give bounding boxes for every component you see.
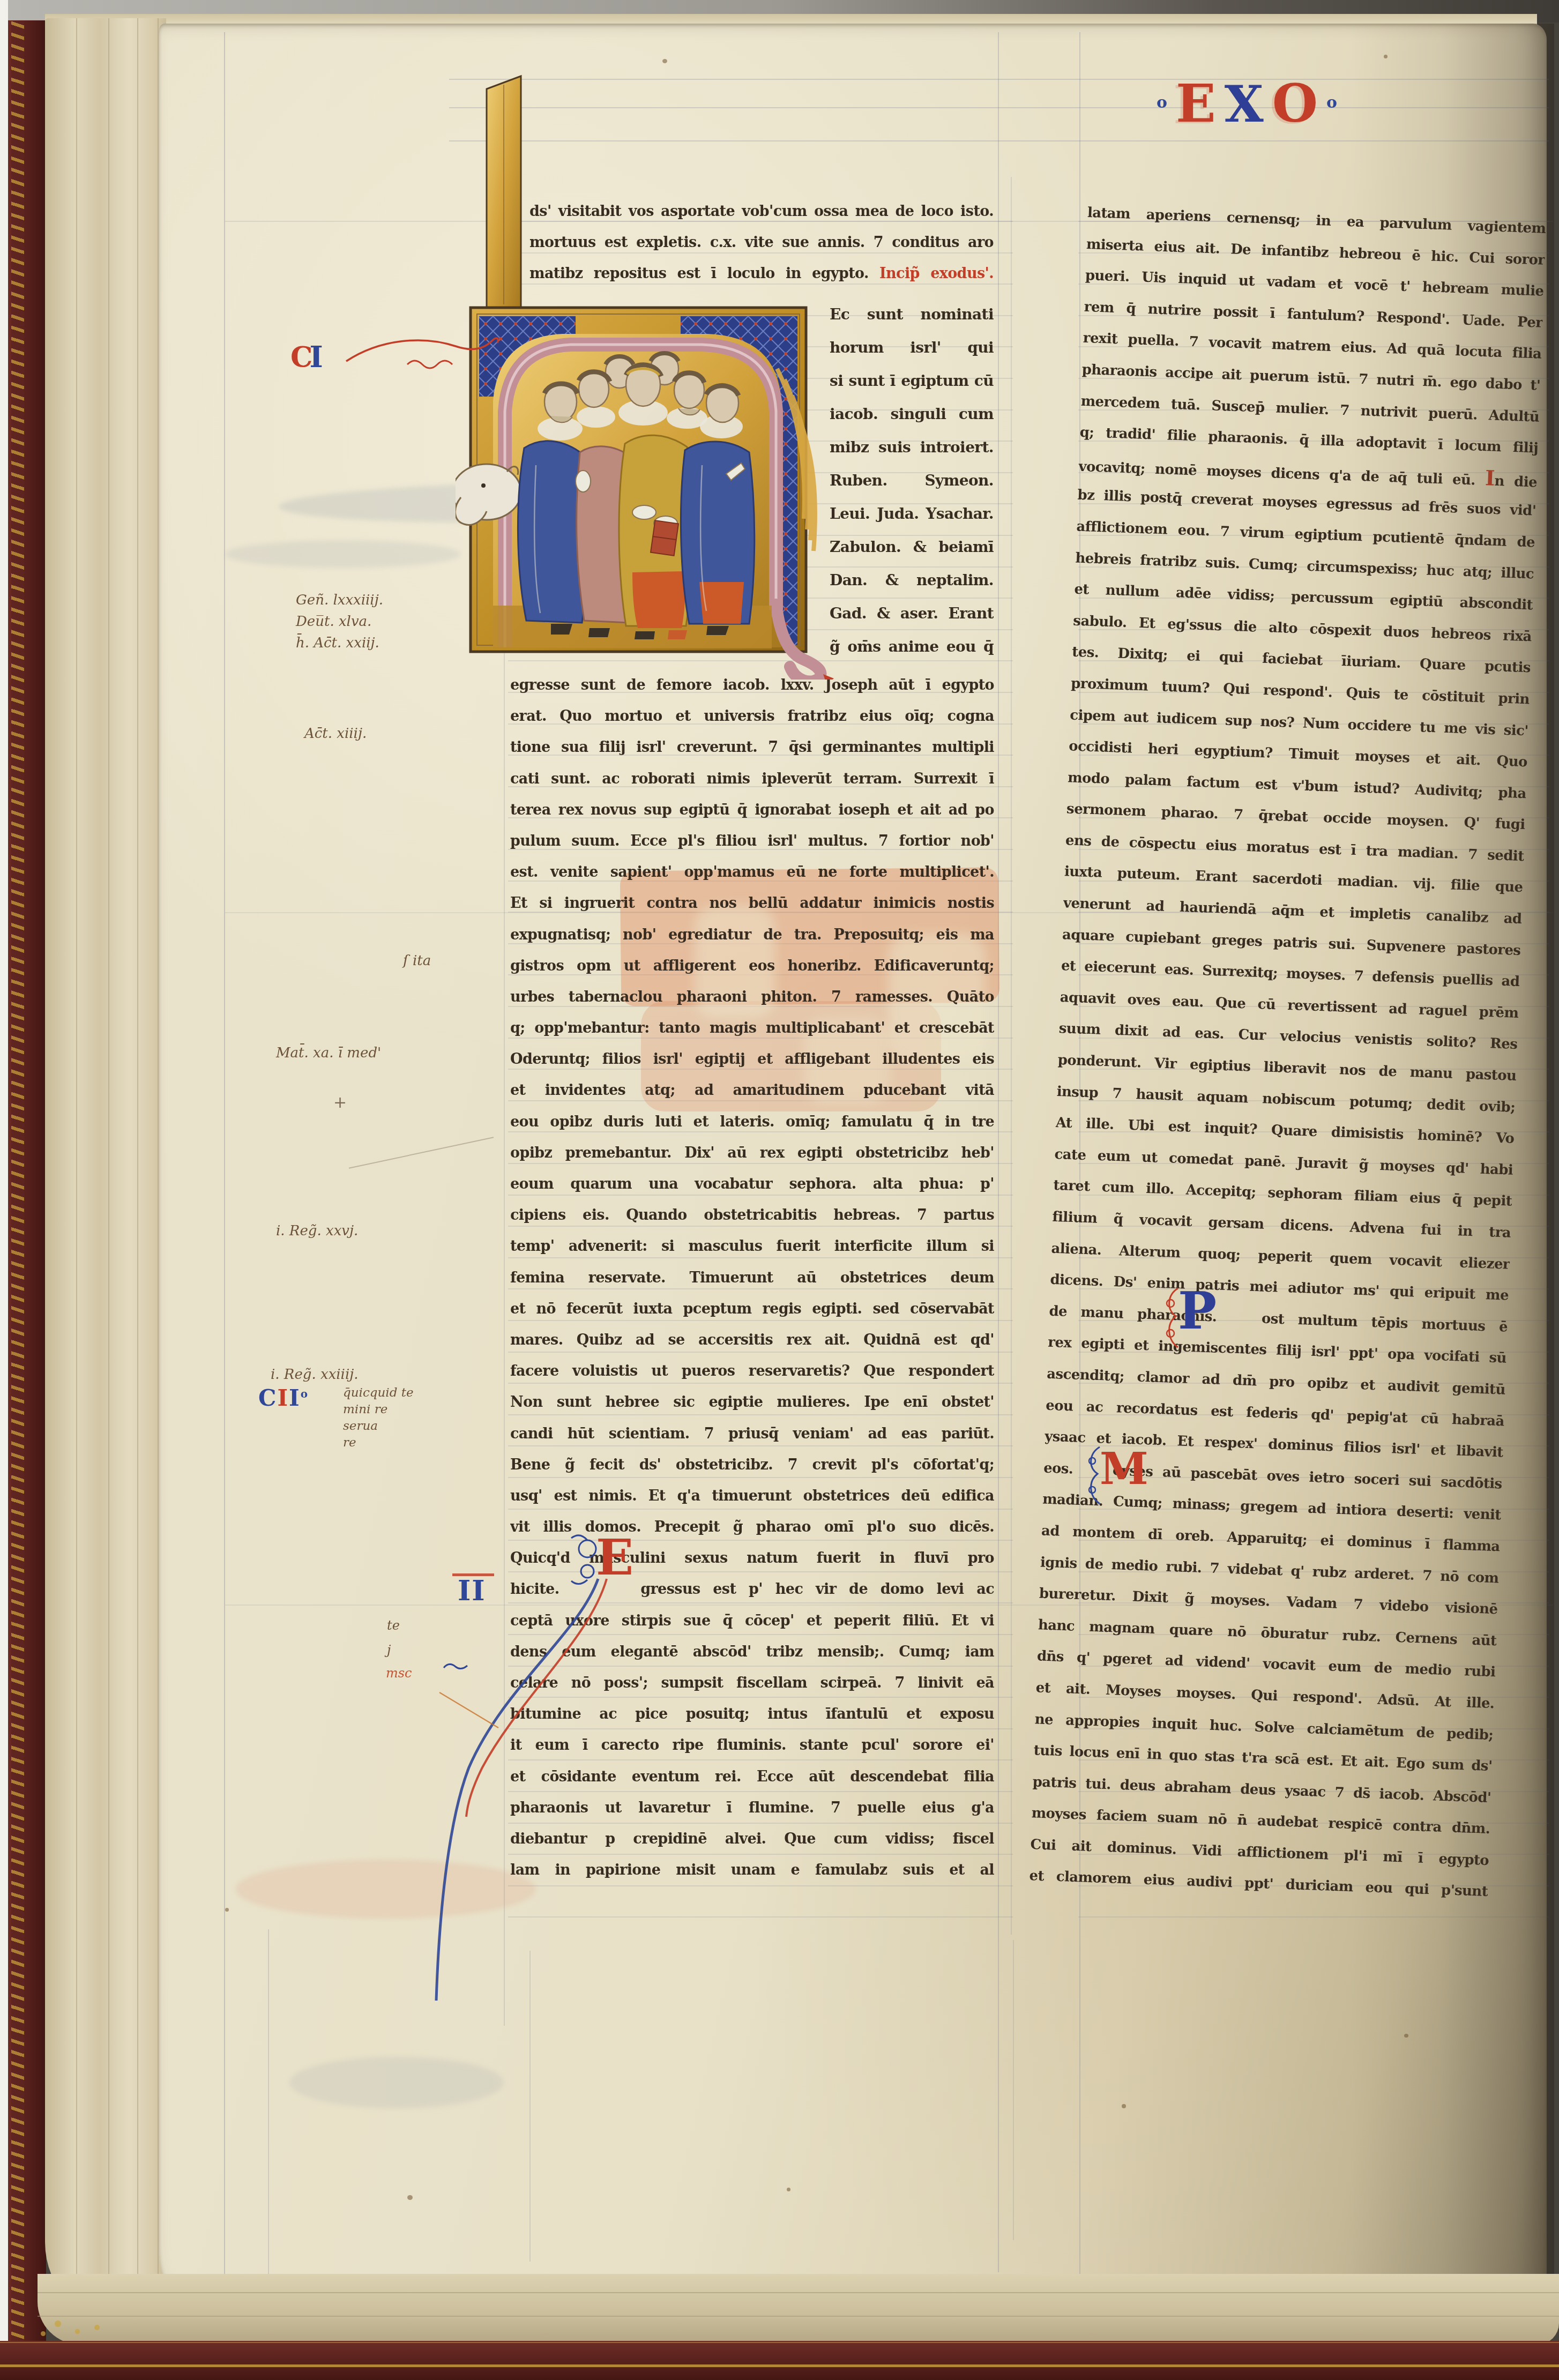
margin-gloss-line: re [343, 1435, 414, 1451]
margin-note-kings-2: i. Reg̃. xxiiij. [271, 1367, 359, 1383]
gold-tooling-left [11, 20, 24, 2380]
text-line: urbes tabernaclou pharaoni phiton. 7 ram… [510, 982, 994, 1013]
text-line: candi hūt scientiam. 7 priusq̄ veniam' a… [510, 1419, 994, 1450]
speck [662, 59, 667, 63]
speck [225, 1908, 229, 1912]
header-letter-x: X [1225, 75, 1264, 134]
ruling-line-v [998, 32, 999, 2272]
margin-gloss-stack: q̄uicquid temini reseruare [343, 1385, 414, 1451]
margin-note-line: h̄. Ac̄t. xxiij. [296, 632, 383, 654]
text-line: terea rex novus sup egiptū q̄ ignorabat … [510, 795, 994, 826]
margin-note-line: Deu̅t. xlva. [296, 611, 383, 632]
gold-fillet-line [0, 2364, 1559, 2367]
margin-note-ita: ſ ita [403, 953, 431, 969]
margin-note-line: Geñ. lxxxiiij. [296, 590, 383, 611]
text-part: eos. [1043, 1460, 1083, 1478]
left-column-beside-initial: Ec sunt nominatihorum isrl' qui ingr'si … [830, 298, 994, 663]
page-edge-line [76, 18, 77, 2328]
text-line: Ruben. Symeon. [830, 464, 994, 497]
ruling-line-v [1013, 1940, 1014, 2240]
mark-letter: I [277, 1385, 288, 1411]
chapter2-numeral: II [458, 1575, 486, 1607]
text-line: temp' advenerit: si masculus fuerit inte… [510, 1231, 994, 1262]
text-line: Dan. & neptalim. [830, 564, 994, 597]
gold-tooling-dot [55, 2321, 61, 2327]
speck [1122, 2104, 1126, 2108]
historiated-initial-h-miniature [456, 69, 836, 680]
text-line: Bene g̃ fecit ds' obstetricibz. 7 crevit… [510, 1450, 994, 1481]
gold-tooling-dot [75, 2329, 80, 2334]
chapter1-margin-mark: C I [290, 340, 323, 374]
text-part: Incip̃ exodus'. [879, 265, 994, 282]
page-edges-bottom [38, 2274, 1559, 2345]
text-line: usq' est nimis. Et q'a timuerunt obstetr… [510, 1481, 994, 1512]
text-line: g̃ om̄s anime eou q̄ [830, 630, 994, 663]
text-line: femina reservate. Timuerunt aū obstetric… [510, 1263, 994, 1294]
text-part [1230, 1322, 1262, 1323]
margin-gloss-line: te [387, 1613, 400, 1638]
ruling-line-v [224, 32, 225, 2294]
text-line: Leui. Juda. Ysachar. [830, 497, 994, 531]
page-edge-line [38, 2316, 1559, 2317]
post-initial-p: P [1178, 1285, 1217, 1337]
margin-note-biblical-refs: Geñ. lxxxiiij.Deu̅t. xlva.h̄. Ac̄t. xxii… [296, 590, 383, 654]
chapter2-margin-mark: C I I o [258, 1385, 308, 1411]
chapter2-initial-e: E [596, 1528, 633, 1586]
ruling-line-v [1011, 177, 1012, 1935]
binding-leather-left [8, 20, 46, 2380]
text-line: gistros opm ut affligerent eos honeribz.… [510, 951, 994, 982]
margin-note-matthew: Mat̄. xa. ī med' [276, 1045, 381, 1061]
right-column-body: latam aperiens cernensq; in ea parvulum … [1029, 197, 1547, 1908]
ruling-line-h [1078, 1916, 1549, 1918]
text-line: mares. Quibz ad se accersitis rex ait. Q… [510, 1325, 994, 1356]
text-line: expugnatisq; nob' egrediatur de tra. Pre… [510, 920, 994, 951]
text-line: Ec sunt nominati [830, 298, 994, 331]
ink-offset-smudge [289, 2057, 504, 2108]
text-part: ost multum tēpis mortuus ē [1261, 1310, 1508, 1335]
margin-gloss-tail: tej [387, 1613, 400, 1662]
page-edge-line [38, 2292, 1559, 2293]
page-edge-line [137, 18, 138, 2328]
text-part: n die [1494, 473, 1537, 491]
mark-dot-icon: o [301, 1387, 308, 1400]
text-part: I [1485, 466, 1495, 491]
margin-note-act: Ac̄t. xiiij. [304, 726, 367, 742]
text-line: iacob. singuli cum do [830, 398, 994, 431]
manuscript-photo: o E X O o ds' visitabit vos asportate vo… [0, 0, 1559, 2380]
text-line: eou opibz duris luti et lateris. omīq; f… [510, 1107, 994, 1138]
text-line: Zabulon. & beiamī [830, 531, 994, 564]
ink-offset-smudge [225, 540, 461, 568]
text-line: si sunt ī egiptum cū [830, 364, 994, 398]
speck [407, 2195, 413, 2200]
text-line: eoum quarum una vocabatur sephora. alta … [510, 1169, 994, 1200]
text-line: tione sua filij isrl' creverunt. 7 q̄si … [510, 732, 994, 763]
text-line: Oderuntq; filios isrl' egiptij et afflig… [510, 1044, 994, 1075]
margin-note-kings-1: i. Reg̃. xxvj. [276, 1223, 358, 1239]
header-dot-icon: o [1157, 93, 1167, 112]
running-header: o E X O o [1157, 73, 1337, 135]
text-part: gressus est p' hec vir de domo levi ac [640, 1581, 994, 1598]
mark-letter: C [258, 1385, 276, 1411]
gold-fillet-line [0, 2342, 1559, 2343]
page-edges-left [45, 18, 166, 2328]
speck [1384, 55, 1388, 58]
text-line: Gad. & aser. Erant [830, 597, 994, 630]
text-line: mibz suis introiert. [830, 431, 994, 464]
text-line: q; opp'mebantur: tanto magis multiplicab… [510, 1013, 994, 1044]
text-line: cati sunt. ac roborati nimis ipleverūt t… [510, 764, 994, 795]
margin-cross-mark: + [333, 1093, 347, 1112]
text-line: et nō fecerūt iuxta pceptum regis egipti… [510, 1294, 994, 1325]
chapter1-mark-swash [343, 333, 504, 371]
margin-gloss-line: j [387, 1638, 400, 1662]
tail-tongue [823, 674, 834, 680]
margin-gloss-line: serua [343, 1418, 414, 1435]
speck [1404, 2034, 1408, 2038]
text-line: pulum suum. Ecce pl's filiou isrl' multu… [510, 826, 994, 857]
text-line: Non sunt hebree sic egiptie mulieres. Ip… [510, 1387, 994, 1418]
text-part: oyses aū pascebāt oves ietro soceri sui … [1113, 1463, 1503, 1492]
text-line: Et si ingruerit contra nos bellū addatur… [510, 888, 994, 919]
text-line: est. venite sapient' opp'mamus eū ne for… [510, 857, 994, 888]
initial-h-ascender [487, 76, 521, 308]
text-line: opibz premebantur. Dix' aū rex egipti ob… [510, 1138, 994, 1169]
text-line: horum isrl' qui ingr' [830, 331, 994, 364]
binding-leather-bottom [0, 2341, 1559, 2380]
speck [787, 2188, 790, 2191]
header-letter-e: E [1176, 73, 1216, 135]
header-letter-o: O [1272, 73, 1318, 135]
page-edge-line [108, 18, 109, 2328]
mark-letter: I [309, 340, 323, 374]
margin-gloss-line: mini re [343, 1401, 414, 1418]
text-line: cipiens eis. Quando obstetricabitis hebr… [510, 1200, 994, 1231]
text-line: erat. Quo mortuo et universis fratribz e… [510, 701, 994, 732]
gold-tooling-dot [41, 2331, 46, 2336]
chapter2-initial-e-flourish: E [418, 1516, 643, 2025]
gold-tooling-dot [94, 2325, 100, 2330]
photo-edge-strip [0, 0, 8, 2380]
text-line: et invidentes atq; ad amaritudinem pduce… [510, 1075, 994, 1106]
mark-letter: I [289, 1385, 300, 1411]
text-line: facere voluistis ut pueros reservaretis?… [510, 1356, 994, 1387]
moyses-initial-m: M [1100, 1447, 1148, 1491]
margin-red-scribble: msc [386, 1666, 412, 1681]
header-dot-icon: o [1326, 93, 1337, 112]
margin-gloss-line: q̄uicquid te [343, 1385, 414, 1401]
ruling-line-v [268, 1929, 269, 2283]
